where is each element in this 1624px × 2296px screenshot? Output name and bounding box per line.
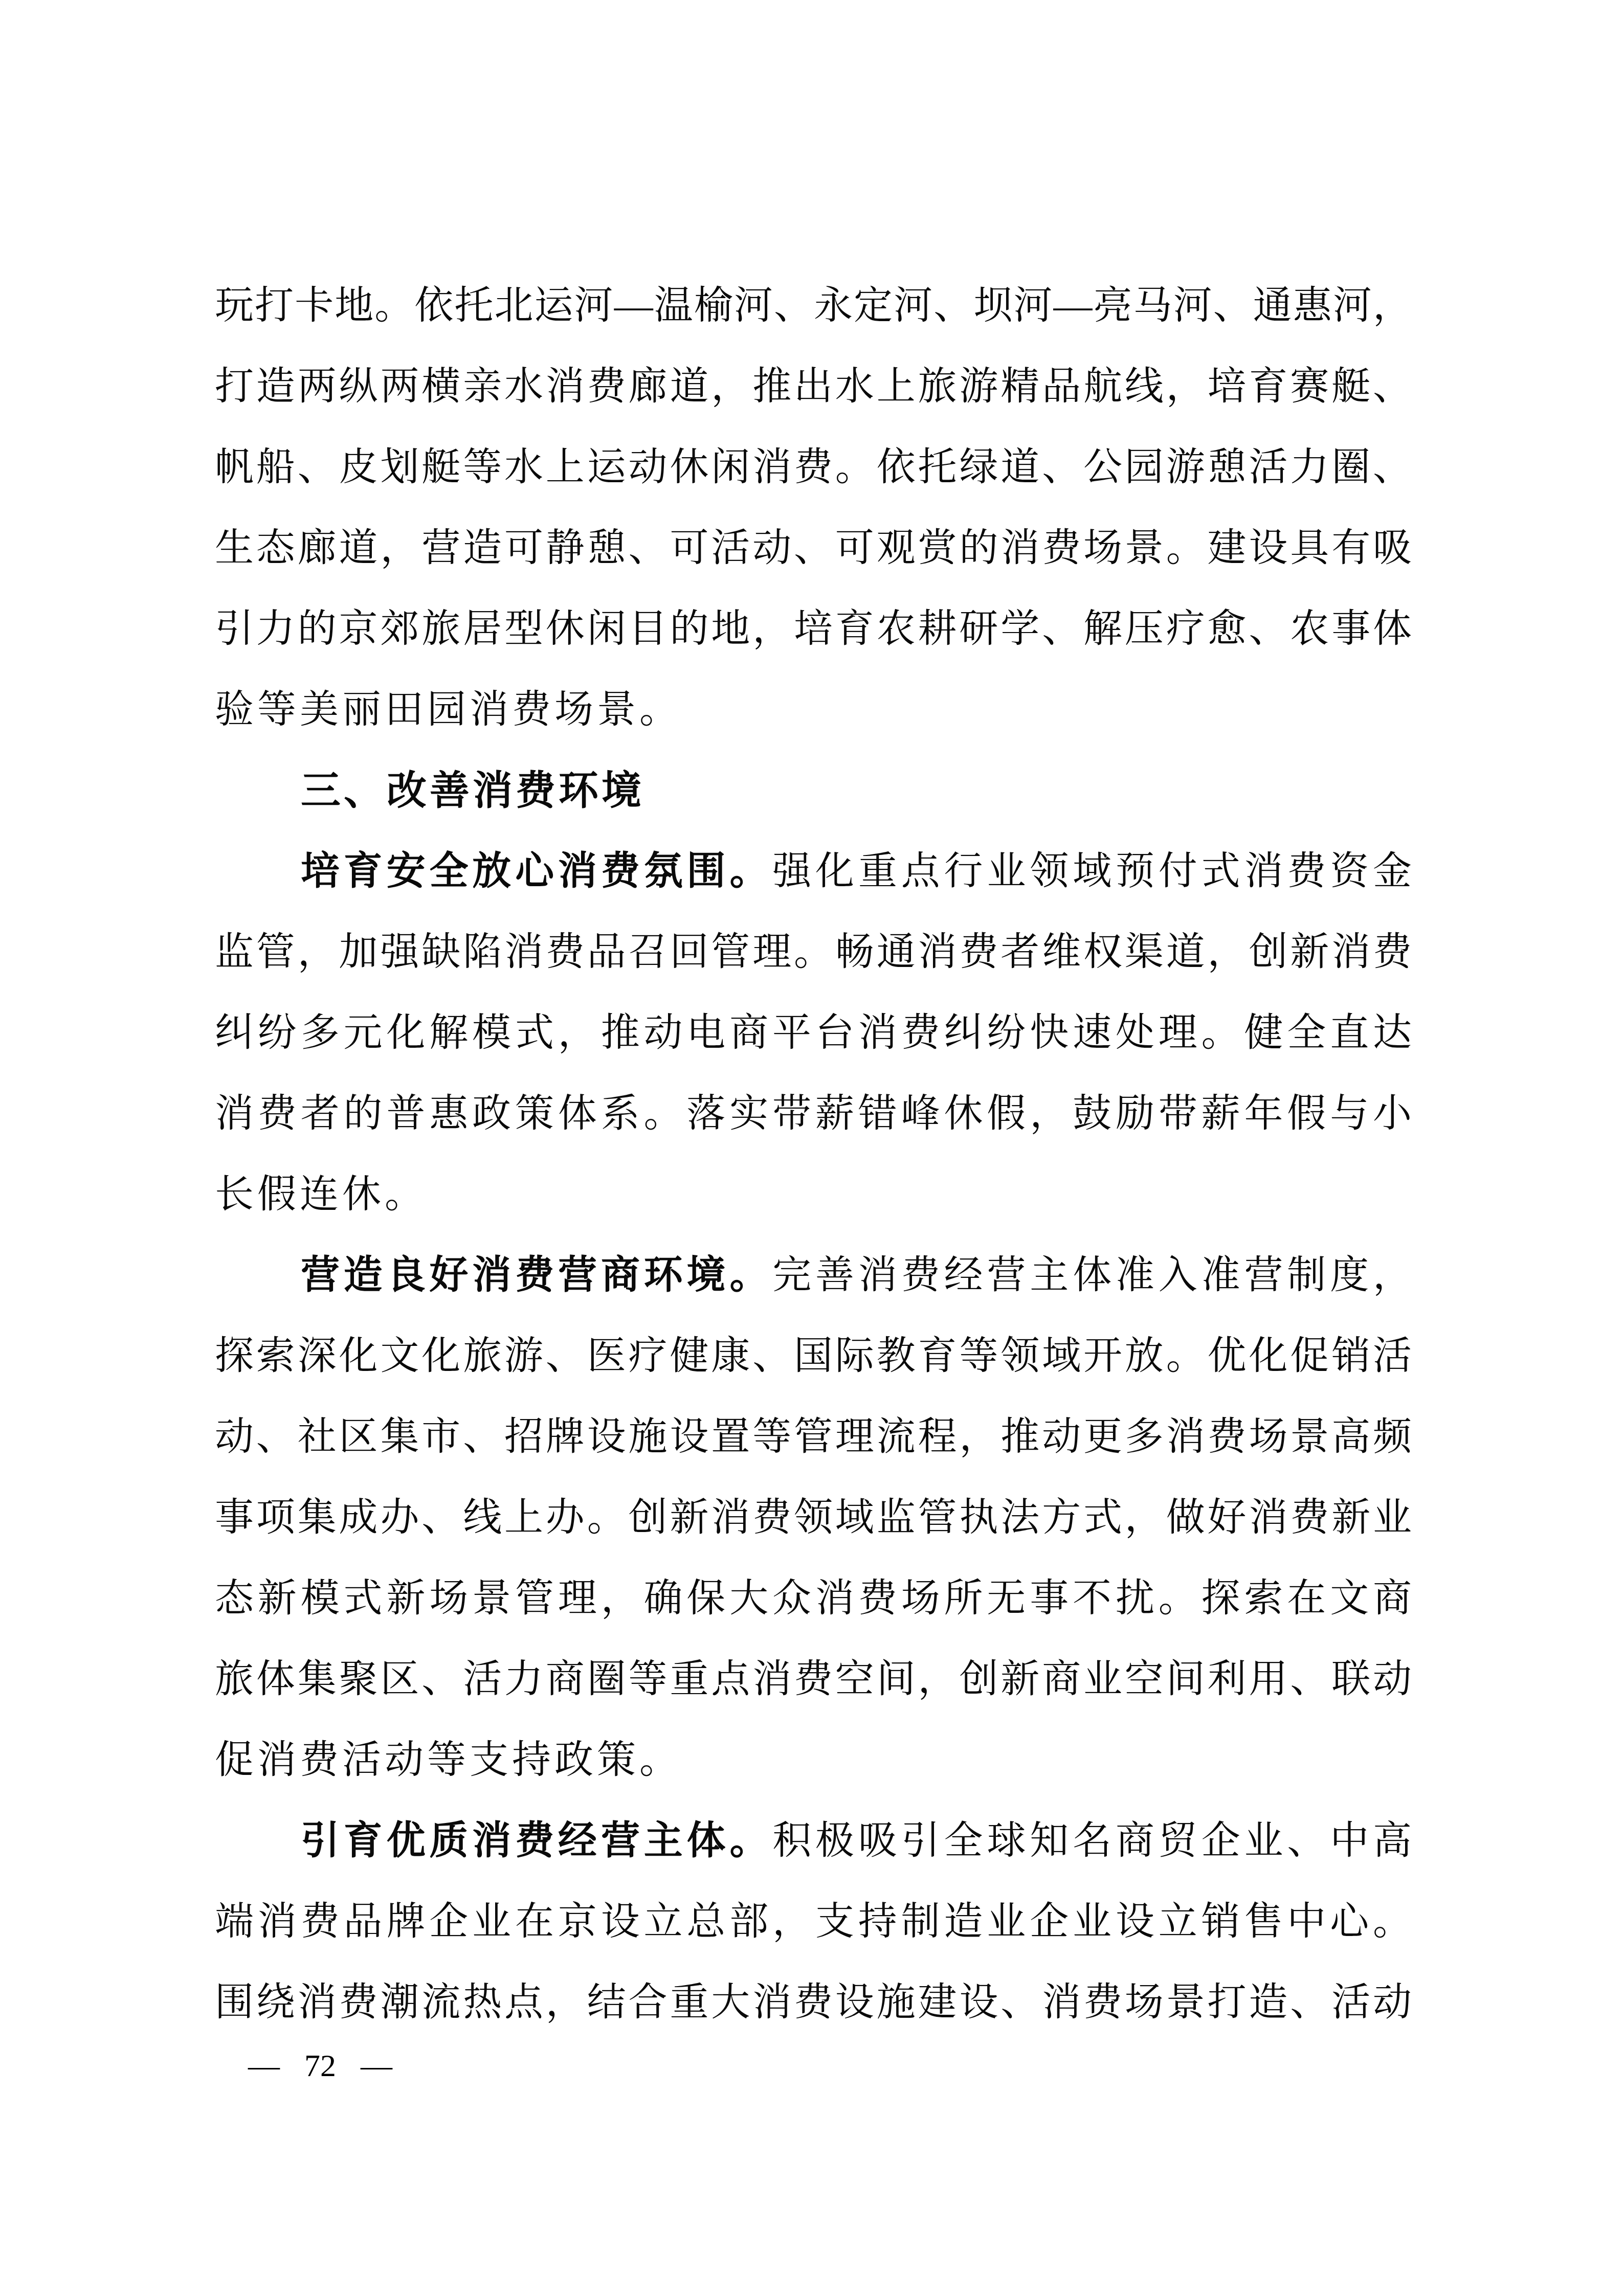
- text-line: 探索深化文化旅游、医疗健康、国际教育等领域开放。优化促销活: [215, 1316, 1412, 1397]
- body-text: 纠纷多元化解模式，推动电商平台消费纠纷快速处理。健全直达: [215, 1011, 1412, 1054]
- lead-emphasis-text: 引育优质消费经营主体。: [301, 1819, 772, 1862]
- lead-emphasis-text: 培育安全放心消费氛围。: [301, 849, 772, 893]
- text-line: 纠纷多元化解模式，推动电商平台消费纠纷快速处理。健全直达: [215, 993, 1412, 1073]
- body-text: 态新模式新场景管理，确保大众消费场所无事不扰。探索在文商: [215, 1577, 1412, 1620]
- text-line: 动、社区集市、招牌设施设置等管理流程，推动更多消费场景高频: [215, 1397, 1412, 1477]
- body-text: 积极吸引全球知名商贸企业、中高: [772, 1819, 1412, 1862]
- text-line: 引力的京郊旅居型休闲目的地，培育农耕研学、解压疗愈、农事体: [215, 589, 1412, 669]
- text-line: 玩打卡地。依托北运河—温榆河、永定河、坝河—亮马河、通惠河，: [215, 265, 1412, 346]
- body-text: 玩打卡地。依托北运河—温榆河、永定河、坝河—亮马河、通惠河，: [215, 284, 1412, 327]
- body-text: 强化重点行业领域预付式消费资金: [772, 850, 1412, 893]
- body-text: 帆船、皮划艇等水上运动休闲消费。依托绿道、公园游憩活力圈、: [215, 446, 1412, 489]
- text-line: 帆船、皮划艇等水上运动休闲消费。依托绿道、公园游憩活力圈、: [215, 427, 1412, 508]
- document-page: 玩打卡地。依托北运河—温榆河、永定河、坝河—亮马河、通惠河，打造两纵两横亲水消费…: [0, 0, 1624, 2296]
- paragraph: 玩打卡地。依托北运河—温榆河、永定河、坝河—亮马河、通惠河，打造两纵两横亲水消费…: [215, 265, 1412, 750]
- footer-left-dash: —: [248, 2048, 280, 2084]
- body-text: 端消费品牌企业在京设立总部，支持制造业企业设立销售中心。: [215, 1900, 1412, 1943]
- body-text: 围绕消费潮流热点，结合重大消费设施建设、消费场景打造、活动: [215, 1981, 1412, 2024]
- body-text: 打造两纵两横亲水消费廊道，推出水上旅游精品航线，培育赛艇、: [215, 365, 1412, 408]
- body-text: 探索深化文化旅游、医疗健康、国际教育等领域开放。优化促销活: [215, 1335, 1412, 1378]
- text-line: 事项集成办、线上办。创新消费领域监管执法方式，做好消费新业: [215, 1477, 1412, 1558]
- document-body: 玩打卡地。依托北运河—温榆河、永定河、坝河—亮马河、通惠河，打造两纵两横亲水消费…: [215, 265, 1412, 2043]
- text-line: 长假连休。: [215, 1154, 1412, 1235]
- text-line: 营造良好消费营商环境。完善消费经营主体准入准营制度，: [215, 1235, 1412, 1316]
- text-line: 三、改善消费环境: [215, 750, 1412, 831]
- body-text: 旅体集聚区、活力商圈等重点消费空间，创新商业空间利用、联动: [215, 1658, 1412, 1701]
- text-line: 培育安全放心消费氛围。强化重点行业领域预付式消费资金: [215, 831, 1412, 912]
- text-line: 引育优质消费经营主体。积极吸引全球知名商贸企业、中高: [215, 1800, 1412, 1881]
- paragraph: 培育安全放心消费氛围。强化重点行业领域预付式消费资金监管，加强缺陷消费品召回管理…: [215, 831, 1412, 1235]
- text-line: 旅体集聚区、活力商圈等重点消费空间，创新商业空间利用、联动: [215, 1639, 1412, 1720]
- page-number: 72: [304, 2048, 336, 2084]
- lead-emphasis-text: 三、改善消费环境: [301, 768, 644, 813]
- body-text: 完善消费经营主体准入准营制度，: [772, 1254, 1412, 1297]
- text-line: 验等美丽田园消费场景。: [215, 669, 1412, 750]
- footer-right-dash: —: [361, 2048, 392, 2084]
- body-text: 监管，加强缺陷消费品召回管理。畅通消费者维权渠道，创新消费: [215, 931, 1412, 974]
- body-text: 引力的京郊旅居型休闲目的地，培育农耕研学、解压疗愈、农事体: [215, 607, 1412, 650]
- text-line: 围绕消费潮流热点，结合重大消费设施建设、消费场景打造、活动: [215, 1962, 1412, 2043]
- body-text: 促消费活动等支持政策。: [215, 1739, 682, 1782]
- body-text: 事项集成办、线上办。创新消费领域监管执法方式，做好消费新业: [215, 1496, 1412, 1539]
- body-text: 生态廊道，营造可静憩、可活动、可观赏的消费场景。建设具有吸: [215, 527, 1412, 570]
- paragraph: 营造良好消费营商环境。完善消费经营主体准入准营制度，探索深化文化旅游、医疗健康、…: [215, 1235, 1412, 1800]
- text-line: 打造两纵两横亲水消费廊道，推出水上旅游精品航线，培育赛艇、: [215, 346, 1412, 427]
- text-line: 促消费活动等支持政策。: [215, 1720, 1412, 1800]
- section-heading: 三、改善消费环境: [215, 750, 1412, 831]
- body-text: 验等美丽田园消费场景。: [215, 688, 682, 731]
- body-text: 长假连休。: [215, 1173, 427, 1216]
- text-line: 端消费品牌企业在京设立总部，支持制造业企业设立销售中心。: [215, 1881, 1412, 1962]
- body-text: 动、社区集市、招牌设施设置等管理流程，推动更多消费场景高频: [215, 1415, 1412, 1458]
- body-text: 消费者的普惠政策体系。落实带薪错峰休假，鼓励带薪年假与小: [215, 1092, 1412, 1135]
- text-line: 消费者的普惠政策体系。落实带薪错峰休假，鼓励带薪年假与小: [215, 1073, 1412, 1154]
- text-line: 态新模式新场景管理，确保大众消费场所无事不扰。探索在文商: [215, 1558, 1412, 1639]
- paragraph: 引育优质消费经营主体。积极吸引全球知名商贸企业、中高端消费品牌企业在京设立总部，…: [215, 1800, 1412, 2043]
- text-line: 生态廊道，营造可静憩、可活动、可观赏的消费场景。建设具有吸: [215, 508, 1412, 589]
- page-footer: — 72 —: [248, 2039, 392, 2092]
- text-line: 监管，加强缺陷消费品召回管理。畅通消费者维权渠道，创新消费: [215, 912, 1412, 993]
- lead-emphasis-text: 营造良好消费营商环境。: [301, 1253, 772, 1297]
